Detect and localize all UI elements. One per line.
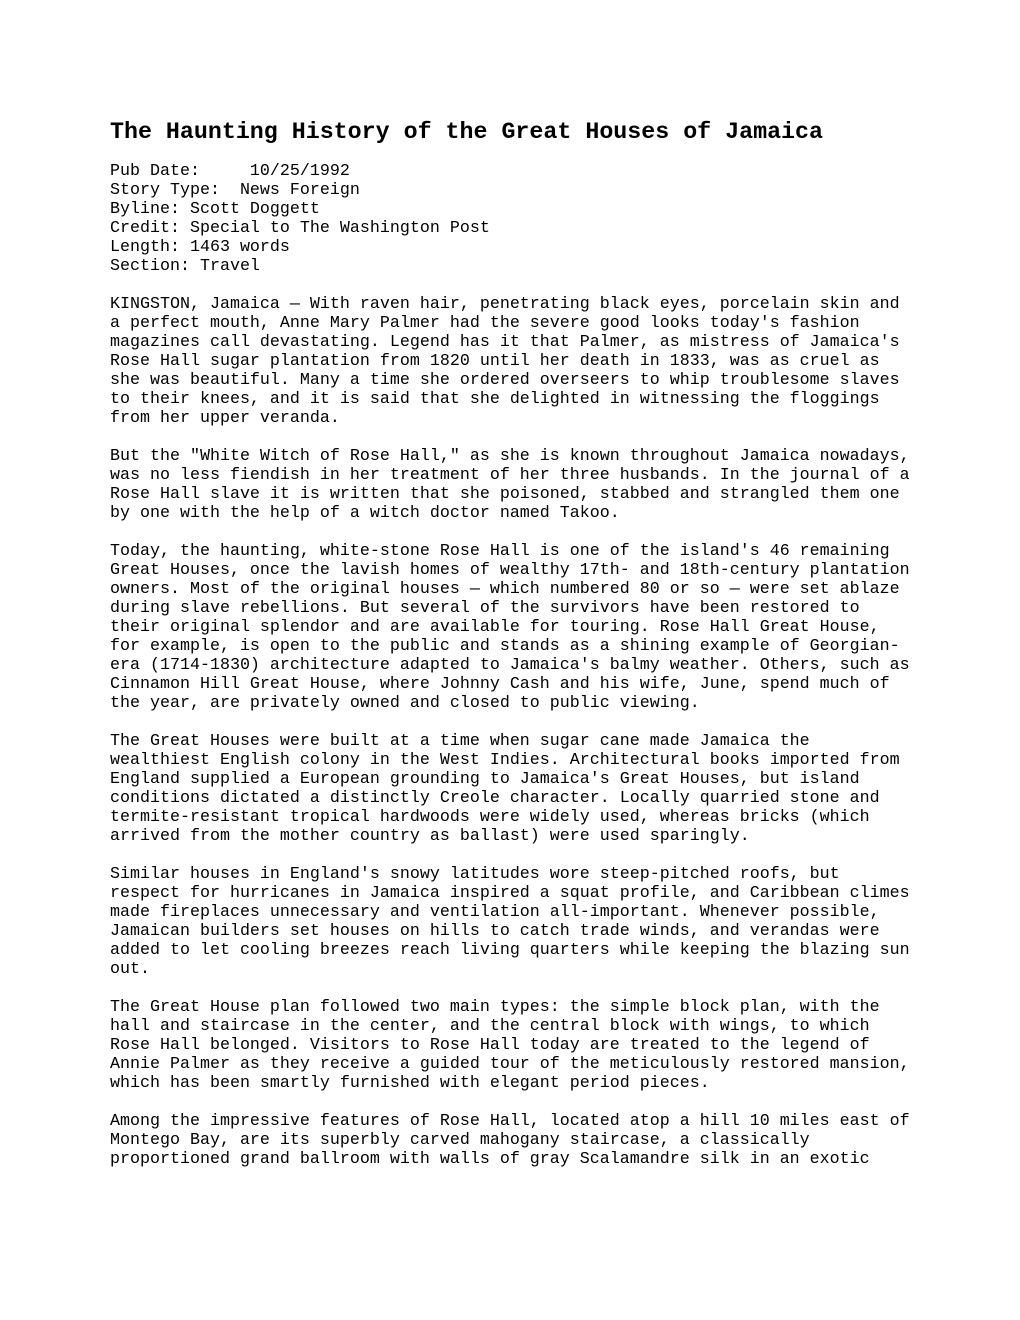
paragraph-lead: KINGSTON, Jamaica — With raven hair, pen… [110, 295, 920, 428]
meta-section: Section: Travel [110, 257, 920, 276]
meta-pub-date: Pub Date: 10/25/1992 [110, 162, 920, 181]
paragraph-house-plans: The Great House plan followed two main t… [110, 998, 920, 1093]
article-title: The Haunting History of the Great Houses… [110, 118, 823, 147]
paragraph-white-witch: But the "White Witch of Rose Hall," as s… [110, 447, 920, 523]
article-metadata: Pub Date: 10/25/1992 Story Type: News Fo… [110, 162, 920, 276]
document-page: The Haunting History of the Great Houses… [0, 0, 1020, 1320]
paragraph-rose-hall-features: Among the impressive features of Rose Ha… [110, 1112, 920, 1169]
meta-story-type: Story Type: News Foreign [110, 181, 920, 200]
meta-credit: Credit: Special to The Washington Post [110, 219, 920, 238]
paragraph-great-houses-today: Today, the haunting, white-stone Rose Ha… [110, 542, 920, 713]
meta-byline: Byline: Scott Doggett [110, 200, 920, 219]
paragraph-architecture-climate: Similar houses in England's snowy latitu… [110, 865, 920, 979]
article-body: Pub Date: 10/25/1992 Story Type: News Fo… [110, 162, 920, 1169]
meta-length: Length: 1463 words [110, 238, 920, 257]
paragraph-sugar-cane-era: The Great Houses were built at a time wh… [110, 732, 920, 846]
